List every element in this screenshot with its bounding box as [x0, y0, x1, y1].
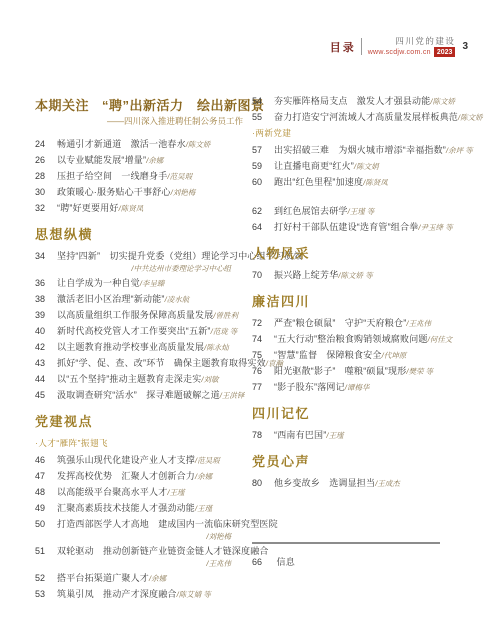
item-author: /王兆伟: [35, 559, 247, 568]
item-title: 汇聚高素质技术技能人才强劲动能: [57, 503, 195, 513]
item-author: /王瑾: [195, 504, 212, 513]
toc-item: 70振兴路上绽芳华/陈文娇 等: [252, 270, 472, 281]
toc-item: 45汲取调查研究“活水” 探寻难题破解之道/王洪铎: [35, 390, 247, 401]
item-page-no: 38: [35, 294, 57, 304]
item-author: /陈艾婧 等: [177, 590, 211, 599]
item-author: /王洪铎: [220, 391, 245, 400]
section-heading: 党员心声: [252, 454, 472, 469]
item-title: 以专业赋能发展“增量”: [57, 155, 146, 165]
header-divider: [361, 38, 362, 55]
item-page-no: 70: [252, 270, 274, 280]
item-title: 振兴路上绽芳华: [274, 270, 338, 280]
item-title: 双轮驱动 推动创新链产业链资金链人才链深度融合: [57, 546, 269, 556]
item-title: 严查“粮仓硕鼠” 守护“天府粮仓”: [274, 318, 406, 328]
item-title: 打造西部医学人才高地 建成国内一流临床研究型医院: [57, 519, 278, 529]
item-title: 夯实雁阵格局支点 激发人才强县动能: [274, 96, 430, 106]
item-page-no: 39: [35, 310, 57, 320]
item-page-no: 46: [35, 455, 57, 465]
item-title: 畅通引才新通道 激活一池春水: [57, 139, 186, 149]
item-author: /刘艳梅: [171, 188, 196, 197]
item-page-no: 47: [35, 471, 57, 481]
toc-item: 66 信息: [252, 557, 440, 567]
item-page-no: 59: [252, 161, 274, 171]
item-author: /王瑾 等: [348, 207, 375, 216]
item-title: 筑强乐山现代化建设产业人才支撑: [57, 455, 195, 465]
item-author: /范吴瑕: [195, 456, 220, 465]
right-column: 54夯实雁阵格局支点 激发人才强县动能/陈文娇55奋力打造安宁河流域人才高质量发…: [252, 96, 472, 494]
item-page-no: 55: [252, 112, 274, 122]
toc-item: 32“聘”好更要用好/陈贤凤: [35, 203, 247, 214]
toc-item: 64打好村干部队伍建设“选育管”组合拳/尹玉绛 等: [252, 222, 472, 233]
item-page-no: 75: [252, 350, 274, 360]
item-page-no: 80: [252, 478, 274, 488]
item-author: /范吴瑕: [167, 172, 192, 181]
toc-item: 48以高能级平台聚高水平人才/王瑾: [35, 487, 247, 498]
item-author: /陈永灿: [204, 343, 229, 352]
section-heading: 廉洁四川: [252, 294, 472, 309]
contents-label: 目录: [330, 39, 356, 55]
item-title: 以高能级平台聚高水平人才: [57, 487, 167, 497]
item-author: /陈文娟: [354, 162, 379, 171]
item-page-no: 76: [252, 366, 274, 376]
item-title: 让自学成为一种自觉: [57, 278, 140, 288]
item-page-no: 26: [35, 155, 57, 165]
item-title: 压担子给空间 一线磨身手: [57, 171, 167, 181]
toc-item: 39以高质量组织工作服务保障高质量发展/曾胜利: [35, 310, 247, 321]
toc-item: 40新时代高校党管人才工作要突出“五新”/范珑 等: [35, 326, 247, 337]
toc-item: 60跑出“红色里程”加速度/陈贤凤: [252, 177, 472, 188]
section-heading: 党建视点: [35, 414, 247, 429]
item-page-no: 51: [35, 546, 57, 556]
website-row: www.scdjw.com.cn 2023: [368, 47, 456, 57]
toc-item: 24畅通引才新通道 激活一池春水/陈文娇: [35, 139, 247, 150]
item-page-no: 44: [35, 374, 57, 384]
item-page-no: 57: [252, 145, 274, 155]
item-author: /陈文娇: [186, 140, 211, 149]
subsection-heading: ·两新党建: [252, 128, 472, 138]
item-page-no: 62: [252, 206, 274, 216]
item-title: 发挥高校优势 汇聚人才创新合力: [57, 471, 195, 481]
toc-item: 77“影子股东”落网记/谭梅华: [252, 382, 472, 393]
year-badge: 2023: [434, 47, 456, 57]
left-column: 本期关注“聘”出新活力 绘出新图景 ——四川深入推进聘任制公务员工作 24畅通引…: [35, 98, 247, 605]
item-title: 以高质量组织工作服务保障高质量发展: [57, 310, 213, 320]
toc-item: 62到红色展馆去研学/王瑾 等: [252, 206, 472, 217]
item-page-no: 45: [35, 390, 57, 400]
item-title: 抓好“学、促、查、改”环节 确保主题教育取得实效: [57, 358, 266, 368]
item-title: 搭平台拓渠道广聚人才: [57, 573, 149, 583]
item-author: /范珑 等: [211, 327, 238, 336]
left-sections: 24畅通引才新通道 激活一池春水/陈文娇26以专业赋能发展“增量”/余娜28压担…: [35, 139, 247, 600]
item-page-no: 36: [35, 278, 57, 288]
item-title: 阳光驱散“影子” 噬粮“硕鼠”现形: [274, 366, 406, 376]
item-author: /余坪 等: [446, 146, 473, 155]
item-author: /王瑾: [167, 488, 184, 497]
toc-item: 74“五大行动”整治粮食购销领域腐败问题/何佳文: [252, 334, 472, 345]
item-page-no: 42: [35, 342, 57, 352]
item-author: /陈文娇 等: [338, 271, 372, 280]
item-author: /余娜: [149, 574, 166, 583]
toc-item: 36让自学成为一种自觉/李呈臻: [35, 278, 247, 289]
item-author: /谭梅华: [345, 383, 370, 392]
item-title: “聘”好更要用好: [57, 203, 119, 213]
section-heading: 四川记忆: [252, 406, 472, 421]
spacer: [252, 193, 472, 206]
feature-subtitle: ——四川深入推进聘任制公务员工作: [35, 116, 247, 126]
item-page-no: 66: [252, 557, 274, 567]
item-page-no: 24: [35, 139, 57, 149]
toc-item: 42以主题教育推动学校事业高质量发展/陈永灿: [35, 342, 247, 353]
item-title: 到红色展馆去研学: [274, 206, 348, 216]
item-title: 筑巢引凤 推动产才深度融合: [57, 589, 177, 599]
item-page-no: 30: [35, 187, 57, 197]
toc-item: 76阳光驱散“影子” 噬粮“硕鼠”现形/樊荣 等: [252, 366, 472, 377]
item-page-no: 64: [252, 222, 274, 232]
item-title: 让直播电商更“红火”: [274, 161, 354, 171]
item-author: /曾胜利: [213, 311, 238, 320]
item-page-no: 53: [35, 589, 57, 599]
page-number: 3: [462, 41, 468, 52]
toc-item: 38激活老旧小区治理“新动能”/凌水航: [35, 294, 247, 305]
item-author: /代坤原: [382, 351, 407, 360]
section-heading: 思想纵横: [35, 227, 247, 242]
item-page-no: 43: [35, 358, 57, 368]
item-title: “智慧”监督 保障粮食安全: [274, 350, 382, 360]
item-page-no: 60: [252, 177, 274, 187]
toc-item: 43抓好“学、促、查、改”环节 确保主题教育取得实效/袁瀚: [35, 358, 247, 369]
toc-item: 50打造西部医学人才高地 建成国内一流临床研究型医院: [35, 519, 247, 529]
item-title: “西南有巴国”: [274, 430, 326, 440]
item-title: 新时代高校党管人才工作要突出“五新”: [57, 326, 211, 336]
item-title: 政策暖心·服务贴心干事舒心: [57, 187, 171, 197]
item-page-no: 78: [252, 430, 274, 440]
toc-item: 75“智慧”监督 保障粮食安全/代坤原: [252, 350, 472, 361]
toc-item: 47发挥高校优势 汇聚人才创新合力/余娜: [35, 471, 247, 482]
item-page-no: 72: [252, 318, 274, 328]
toc-item: 51双轮驱动 推动创新链产业链资金链人才链深度融合: [35, 546, 247, 556]
item-title: “影子股东”落网记: [274, 382, 345, 392]
toc-item: 53筑巢引凤 推动产才深度融合/陈艾婧 等: [35, 589, 247, 600]
item-page-no: 48: [35, 487, 57, 497]
item-author: /余娜: [146, 156, 163, 165]
item-page-no: 74: [252, 334, 274, 344]
item-author: /樊荣 等: [406, 367, 433, 376]
feature-label: 本期关注: [35, 98, 89, 113]
item-author: /陈文娇: [430, 97, 455, 106]
toc-item: 46筑强乐山现代化建设产业人才支撑/范吴瑕: [35, 455, 247, 466]
item-author: /刘敏: [201, 375, 218, 384]
toc-item: 34坚持“四新” 切实提升党委（党组）理论学习中心组学习质效: [35, 251, 247, 261]
magazine-name: 四川党的建设: [395, 36, 455, 46]
item-author: /余娜: [195, 472, 212, 481]
toc-item: 80他乡变故乡 选调显担当/王成杰: [252, 478, 472, 489]
item-page-no: 28: [35, 171, 57, 181]
footer-block: 66 信息: [252, 542, 440, 572]
item-page-no: 40: [35, 326, 57, 336]
toc-item: 59让直播电商更“红火”/陈文娟: [252, 161, 472, 172]
item-title: 以主题教育推动学校事业高质量发展: [57, 342, 204, 352]
item-title: 以“五个坚持”推动主题教育走深走实: [57, 374, 201, 384]
item-author: /李呈臻: [140, 279, 165, 288]
item-title: 激活老旧小区治理“新动能”: [57, 294, 165, 304]
masthead-block: 四川党的建设 www.scdjw.com.cn 2023: [368, 36, 456, 57]
toc-item: 44以“五个坚持”推动主题教育走深走实/刘敏: [35, 374, 247, 385]
item-title: 出实招破三难 为烟火城市增添“幸福指数”: [274, 145, 446, 155]
item-title: 汲取调查研究“活水” 探寻难题破解之道: [57, 390, 220, 400]
subsection-heading: ·人才“雁阵”振翅飞: [35, 438, 247, 448]
item-title: 奋力打造安宁河流域人才高质量发展样板典范: [274, 112, 458, 122]
toc-item: 72严查“粮仓硕鼠” 守护“天府粮仓”/王兆伟: [252, 318, 472, 329]
item-author: /王成杰: [375, 479, 400, 488]
page-header: 目录 四川党的建设 www.scdjw.com.cn 2023 3: [330, 36, 468, 57]
website-url: www.scdjw.com.cn: [368, 49, 431, 56]
item-page-no: 34: [35, 251, 57, 261]
item-author: /陈贤凤: [363, 178, 388, 187]
toc-item: 78“西南有巴国”/王瑾: [252, 430, 472, 441]
toc-item: 28压担子给空间 一线磨身手/范吴瑕: [35, 171, 247, 182]
item-author: /王兆伟: [406, 319, 431, 328]
toc-item: 55奋力打造安宁河流域人才高质量发展样板典范/陈文娇: [252, 112, 472, 123]
item-title: “五大行动”整治粮食购销领域腐败问题: [274, 334, 428, 344]
toc-item: 54夯实雁阵格局支点 激发人才强县动能/陈文娇: [252, 96, 472, 107]
right-sections: 54夯实雁阵格局支点 激发人才强县动能/陈文娇55奋力打造安宁河流域人才高质量发…: [252, 96, 472, 489]
item-author: /凌水航: [165, 295, 190, 304]
item-page-no: 32: [35, 203, 57, 213]
item-page-no: 77: [252, 382, 274, 392]
item-author: /尹玉绛 等: [418, 223, 452, 232]
feature-heading: 本期关注“聘”出新活力 绘出新图景: [35, 98, 247, 113]
feature-title: “聘”出新活力 绘出新图景: [102, 98, 265, 113]
toc-item: 52搭平台拓渠道广聚人才/余娜: [35, 573, 247, 584]
toc-item: 57出实招破三难 为烟火城市增添“幸福指数”/余坪 等: [252, 145, 472, 156]
item-page-no: 49: [35, 503, 57, 513]
item-page-no: 52: [35, 573, 57, 583]
magazine-toc-page: 目录 四川党的建设 www.scdjw.com.cn 2023 3 本期关注“聘…: [0, 0, 496, 640]
item-title: 跑出“红色里程”加速度: [274, 177, 363, 187]
toc-item: 30政策暖心·服务贴心干事舒心/刘艳梅: [35, 187, 247, 198]
item-author: /王瑾: [326, 431, 343, 440]
item-title: 打好村干部队伍建设“选育管”组合拳: [274, 222, 418, 232]
item-author: /刘艳梅: [35, 532, 247, 541]
item-page-no: 54: [252, 96, 274, 106]
item-author: /何佳文: [428, 335, 453, 344]
item-author: /中共达州市委理论学习中心组: [35, 264, 247, 273]
item-author: /陈贤凤: [119, 204, 144, 213]
item-page-no: 50: [35, 519, 57, 529]
toc-item: 26以专业赋能发展“增量”/余娜: [35, 155, 247, 166]
item-title: 他乡变故乡 选调显担当: [274, 478, 375, 488]
toc-item: 49汇聚高素质技术技能人才强劲动能/王瑾: [35, 503, 247, 514]
section-heading: 人物风采: [252, 246, 472, 261]
item-author: /陈文娇: [458, 113, 483, 122]
item-title: 信息: [277, 557, 295, 567]
